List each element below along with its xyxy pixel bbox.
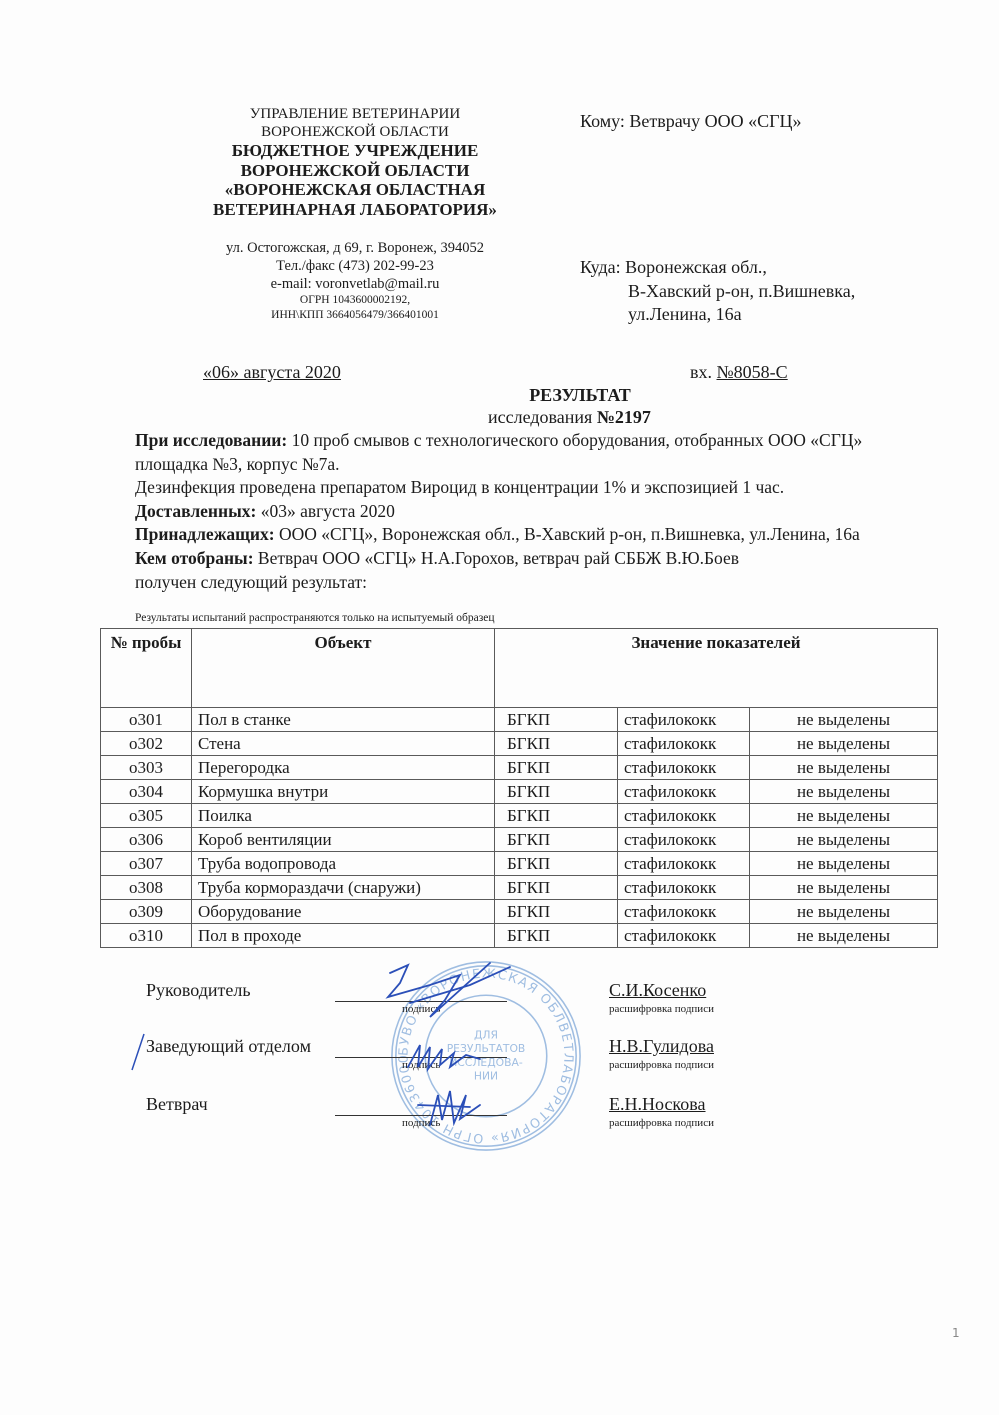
indicator-staph: стафилококк	[618, 828, 750, 852]
sample-id: о301	[101, 708, 192, 732]
study-description: При исследовании: 10 проб смывов с техно…	[135, 429, 925, 476]
org-line-bold: «ВОРОНЕЖСКАЯ ОБЛАСТНАЯ	[180, 180, 530, 200]
table-row: о308Труба кормораздачи (снаружи)БГКПстаф…	[101, 876, 938, 900]
sample-id: о305	[101, 804, 192, 828]
indicator-bgkp: БГКП	[495, 852, 618, 876]
recipient-where-line3: ул.Ленина, 16а	[580, 303, 855, 327]
indicator-bgkp: БГКП	[495, 876, 618, 900]
indicator-bgkp: БГКП	[495, 708, 618, 732]
incoming-number: вх. №8058-С	[690, 362, 788, 383]
col-header-sample-no: № пробы	[101, 629, 192, 708]
recipient-where-line2: В-Хавский р-он, п.Вишневка,	[580, 280, 855, 304]
sampled-text: Ветврач ООО «СГЦ» Н.А.Горохов, ветврач р…	[254, 548, 740, 568]
org-phone: Тел./факс (473) 202-99-23	[180, 257, 530, 275]
owner-info: Принадлежащих: ООО «СГЦ», Воронежская об…	[135, 523, 925, 547]
test-result: не выделены	[750, 804, 938, 828]
test-result: не выделены	[750, 876, 938, 900]
indicator-bgkp: БГКП	[495, 828, 618, 852]
col-header-object: Объект	[192, 629, 495, 708]
org-line: ВОРОНЕЖСКОЙ ОБЛАСТИ	[180, 124, 530, 142]
handwritten-signatures	[370, 955, 600, 1135]
results-table-body: о301Пол в станкеБГКПстафилококкне выделе…	[101, 708, 938, 948]
document-date: «06» августа 2020	[203, 362, 341, 383]
subtitle-prefix: исследования	[488, 407, 597, 427]
sample-id: о304	[101, 780, 192, 804]
indicator-staph: стафилококк	[618, 708, 750, 732]
indicator-staph: стафилококк	[618, 780, 750, 804]
study-details: При исследовании: 10 проб смывов с техно…	[135, 429, 925, 594]
table-row: о307Труба водопроводаБГКПстафилококкне в…	[101, 852, 938, 876]
table-row: о303ПерегородкаБГКПстафилококкне выделен…	[101, 756, 938, 780]
test-result: не выделены	[750, 756, 938, 780]
sample-id: о302	[101, 732, 192, 756]
indicator-staph: стафилококк	[618, 732, 750, 756]
table-header-row: № пробы Объект Значение показателей	[101, 629, 938, 708]
page-number: 1	[952, 1326, 960, 1340]
signer-role: Руководитель	[146, 980, 251, 1001]
sample-object: Кормушка внутри	[192, 780, 495, 804]
org-address: ул. Остогожская, д 69, г. Воронеж, 39405…	[180, 239, 530, 257]
col-header-indicators: Значение показателей	[495, 629, 938, 708]
sample-id: о303	[101, 756, 192, 780]
document-subtitle: исследования №2197	[488, 407, 651, 428]
recipient-to: Кому: Ветврачу ООО «СГЦ»	[580, 111, 802, 132]
indicator-bgkp: БГКП	[495, 732, 618, 756]
sampled-info: Кем отобраны: Ветврач ООО «СГЦ» Н.А.Горо…	[135, 547, 925, 571]
sample-object: Поилка	[192, 804, 495, 828]
table-row: о305ПоилкаБГКПстафилококкне выделены	[101, 804, 938, 828]
sample-object: Оборудование	[192, 900, 495, 924]
sample-object: Короб вентиляции	[192, 828, 495, 852]
test-result: не выделены	[750, 900, 938, 924]
signer-name: С.И.Косенко	[609, 980, 706, 1001]
signer-role: Заведующий отделом	[146, 1036, 311, 1057]
study-label: При исследовании:	[135, 430, 287, 450]
signer-name: Е.Н.Носкова	[609, 1094, 706, 1115]
indicator-staph: стафилококк	[618, 876, 750, 900]
owner-label: Принадлежащих:	[135, 524, 275, 544]
handwritten-mark	[128, 1032, 148, 1072]
results-disclaimer: Результаты испытаний распространяются то…	[135, 612, 495, 624]
indicator-staph: стафилококк	[618, 900, 750, 924]
recipient-where-line1: Куда: Воронежская обл.,	[580, 256, 855, 280]
signer-name-caption: расшифровка подписи	[609, 1117, 714, 1129]
signer-name: Н.В.Гулидова	[609, 1036, 714, 1057]
study-number: №2197	[597, 407, 651, 427]
sample-id: о310	[101, 924, 192, 948]
delivered-info: Доставленных: «03» августа 2020	[135, 500, 925, 524]
indicator-bgkp: БГКП	[495, 804, 618, 828]
table-row: о310Пол в проходеБГКПстафилококкне выдел…	[101, 924, 938, 948]
indicator-staph: стафилококк	[618, 852, 750, 876]
owner-text: ООО «СГЦ», Воронежская обл., В-Хавский р…	[275, 524, 860, 544]
incoming-number-value: №8058-С	[717, 362, 788, 382]
sample-id: о307	[101, 852, 192, 876]
org-inn-kpp: ИНН\КПП 3664056479/366401001	[180, 308, 530, 323]
signer-name-caption: расшифровка подписи	[609, 1059, 714, 1071]
signer-name-caption: расшифровка подписи	[609, 1003, 714, 1015]
table-row: о302СтенаБГКПстафилококкне выделены	[101, 732, 938, 756]
disinfection-note: Дезинфекция проведена препаратом Вироцид…	[135, 476, 925, 500]
test-result: не выделены	[750, 732, 938, 756]
signer-role: Ветврач	[146, 1094, 208, 1115]
document-title: РЕЗУЛЬТАТ	[0, 385, 999, 406]
test-result: не выделены	[750, 708, 938, 732]
sample-object: Пол в станке	[192, 708, 495, 732]
delivered-text: «03» августа 2020	[256, 501, 394, 521]
sample-id: о309	[101, 900, 192, 924]
indicator-staph: стафилококк	[618, 756, 750, 780]
test-result: не выделены	[750, 924, 938, 948]
org-line-bold: ВОРОНЕЖСКОЙ ОБЛАСТИ	[180, 161, 530, 181]
sample-object: Труба кормораздачи (снаружи)	[192, 876, 495, 900]
table-row: о301Пол в станкеБГКПстафилококкне выделе…	[101, 708, 938, 732]
sample-id: о306	[101, 828, 192, 852]
result-intro: получен следующий результат:	[135, 571, 925, 595]
delivered-label: Доставленных:	[135, 501, 256, 521]
org-ogrn: ОГРН 1043600002192,	[180, 293, 530, 308]
org-letterhead: УПРАВЛЕНИЕ ВЕТЕРИНАРИИ ВОРОНЕЖСКОЙ ОБЛАС…	[180, 106, 530, 323]
org-line-bold: БЮДЖЕТНОЕ УЧРЕЖДЕНИЕ	[180, 141, 530, 161]
sample-object: Пол в проходе	[192, 924, 495, 948]
org-line-bold: ВЕТЕРИНАРНАЯ ЛАБОРАТОРИЯ»	[180, 200, 530, 220]
table-row: о306Короб вентиляцииБГКПстафилококкне вы…	[101, 828, 938, 852]
org-email: e-mail: voronvetlab@mail.ru	[180, 275, 530, 293]
indicator-bgkp: БГКП	[495, 780, 618, 804]
sampled-label: Кем отобраны:	[135, 548, 254, 568]
table-row: о309ОборудованиеБГКПстафилококкне выделе…	[101, 900, 938, 924]
results-table: № пробы Объект Значение показателей о301…	[100, 628, 938, 948]
sample-object: Стена	[192, 732, 495, 756]
org-line: УПРАВЛЕНИЕ ВЕТЕРИНАРИИ	[180, 106, 530, 124]
recipient-address: Куда: Воронежская обл., В-Хавский р-он, …	[580, 256, 855, 327]
sample-object: Труба водопровода	[192, 852, 495, 876]
test-result: не выделены	[750, 852, 938, 876]
indicator-bgkp: БГКП	[495, 900, 618, 924]
test-result: не выделены	[750, 828, 938, 852]
sample-object: Перегородка	[192, 756, 495, 780]
indicator-bgkp: БГКП	[495, 756, 618, 780]
indicator-bgkp: БГКП	[495, 924, 618, 948]
indicator-staph: стафилококк	[618, 924, 750, 948]
table-row: о304Кормушка внутриБГКПстафилококкне выд…	[101, 780, 938, 804]
incoming-prefix: вх.	[690, 362, 717, 382]
test-result: не выделены	[750, 780, 938, 804]
indicator-staph: стафилококк	[618, 804, 750, 828]
sample-id: о308	[101, 876, 192, 900]
